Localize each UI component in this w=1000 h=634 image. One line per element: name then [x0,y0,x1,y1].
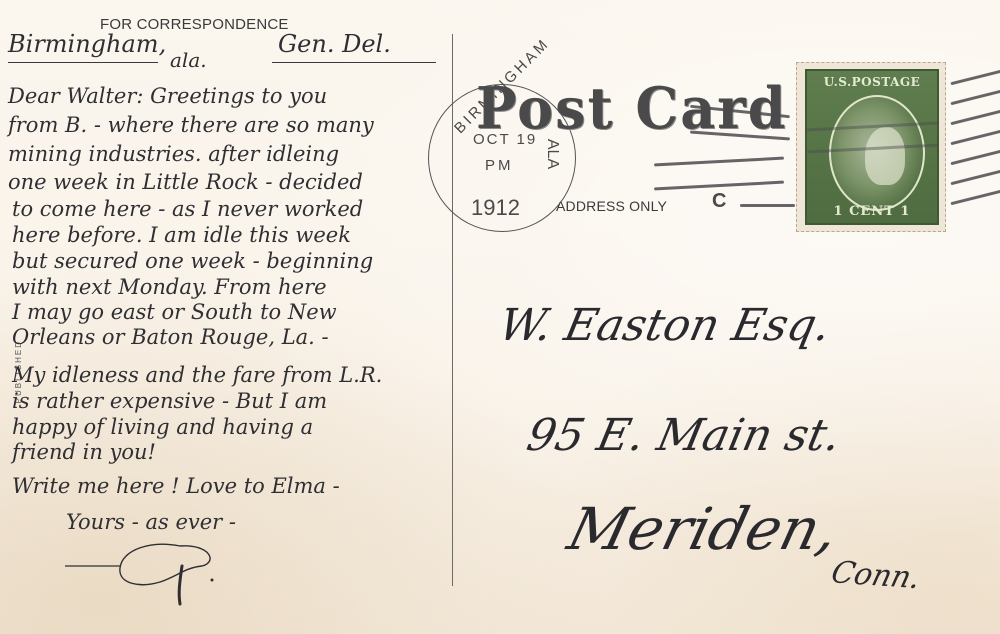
recipient-street: 95 E. Main st. [523,410,846,461]
message-line: My idleness and the fare from L.R. [12,363,382,387]
message-line: to come here - as I never worked [12,197,363,221]
message-location: Birmingham, [8,30,166,58]
message-line: friend in you! [12,440,156,464]
message-line: Orleans or Baton Rouge, La. - [12,325,329,349]
stamp-denomination-text: 1 CENT 1 [807,204,937,219]
signature-r [60,540,230,610]
message-line: one week in Little Rock - decided [8,170,363,194]
message-line: mining industries. after idleing [8,142,339,166]
message-location-state: ala. [170,48,207,72]
message-general-delivery: Gen. Del. [278,30,391,58]
cancel-letter: C [712,190,726,213]
postmark-year: 1912 [471,195,520,221]
message-line: happy of living and having a [12,415,313,439]
message-line: Write me here ! Love to Elma - [12,474,340,498]
post-card-heading: Post Card [476,74,788,141]
postage-stamp: U.S.POSTAGE 1 CENT 1 [796,62,946,232]
message-line: I may go east or South to New [12,300,337,324]
postmark-time: PM [485,157,514,174]
message-line: Dear Walter: Greetings to you [8,84,327,108]
stamp-top-text: U.S.POSTAGE [807,75,937,89]
address-only-label: ADDRESS ONLY [556,198,667,214]
stamp-portrait-oval [829,95,925,211]
postmark-state: ALA [543,139,561,169]
message-line: but secured one week - beginning [12,249,373,273]
message-line: from B. - where there are so many [8,113,374,137]
message-line: here before. I am idle this week [12,223,351,247]
message-line: with next Monday. From here [12,275,327,299]
message-closing: Yours - as ever - [66,510,236,534]
recipient-state: Conn. [828,555,924,596]
washington-portrait-icon [865,127,905,185]
message-line: is rather expensive - But I am [12,389,327,413]
recipient-city: Meriden, [562,495,846,563]
recipient-name: W. Easton Esq. [495,300,836,351]
postcard-back: FOR CORRESPONDENCE PUBLISHED BIRMINGHAM … [0,0,1000,634]
